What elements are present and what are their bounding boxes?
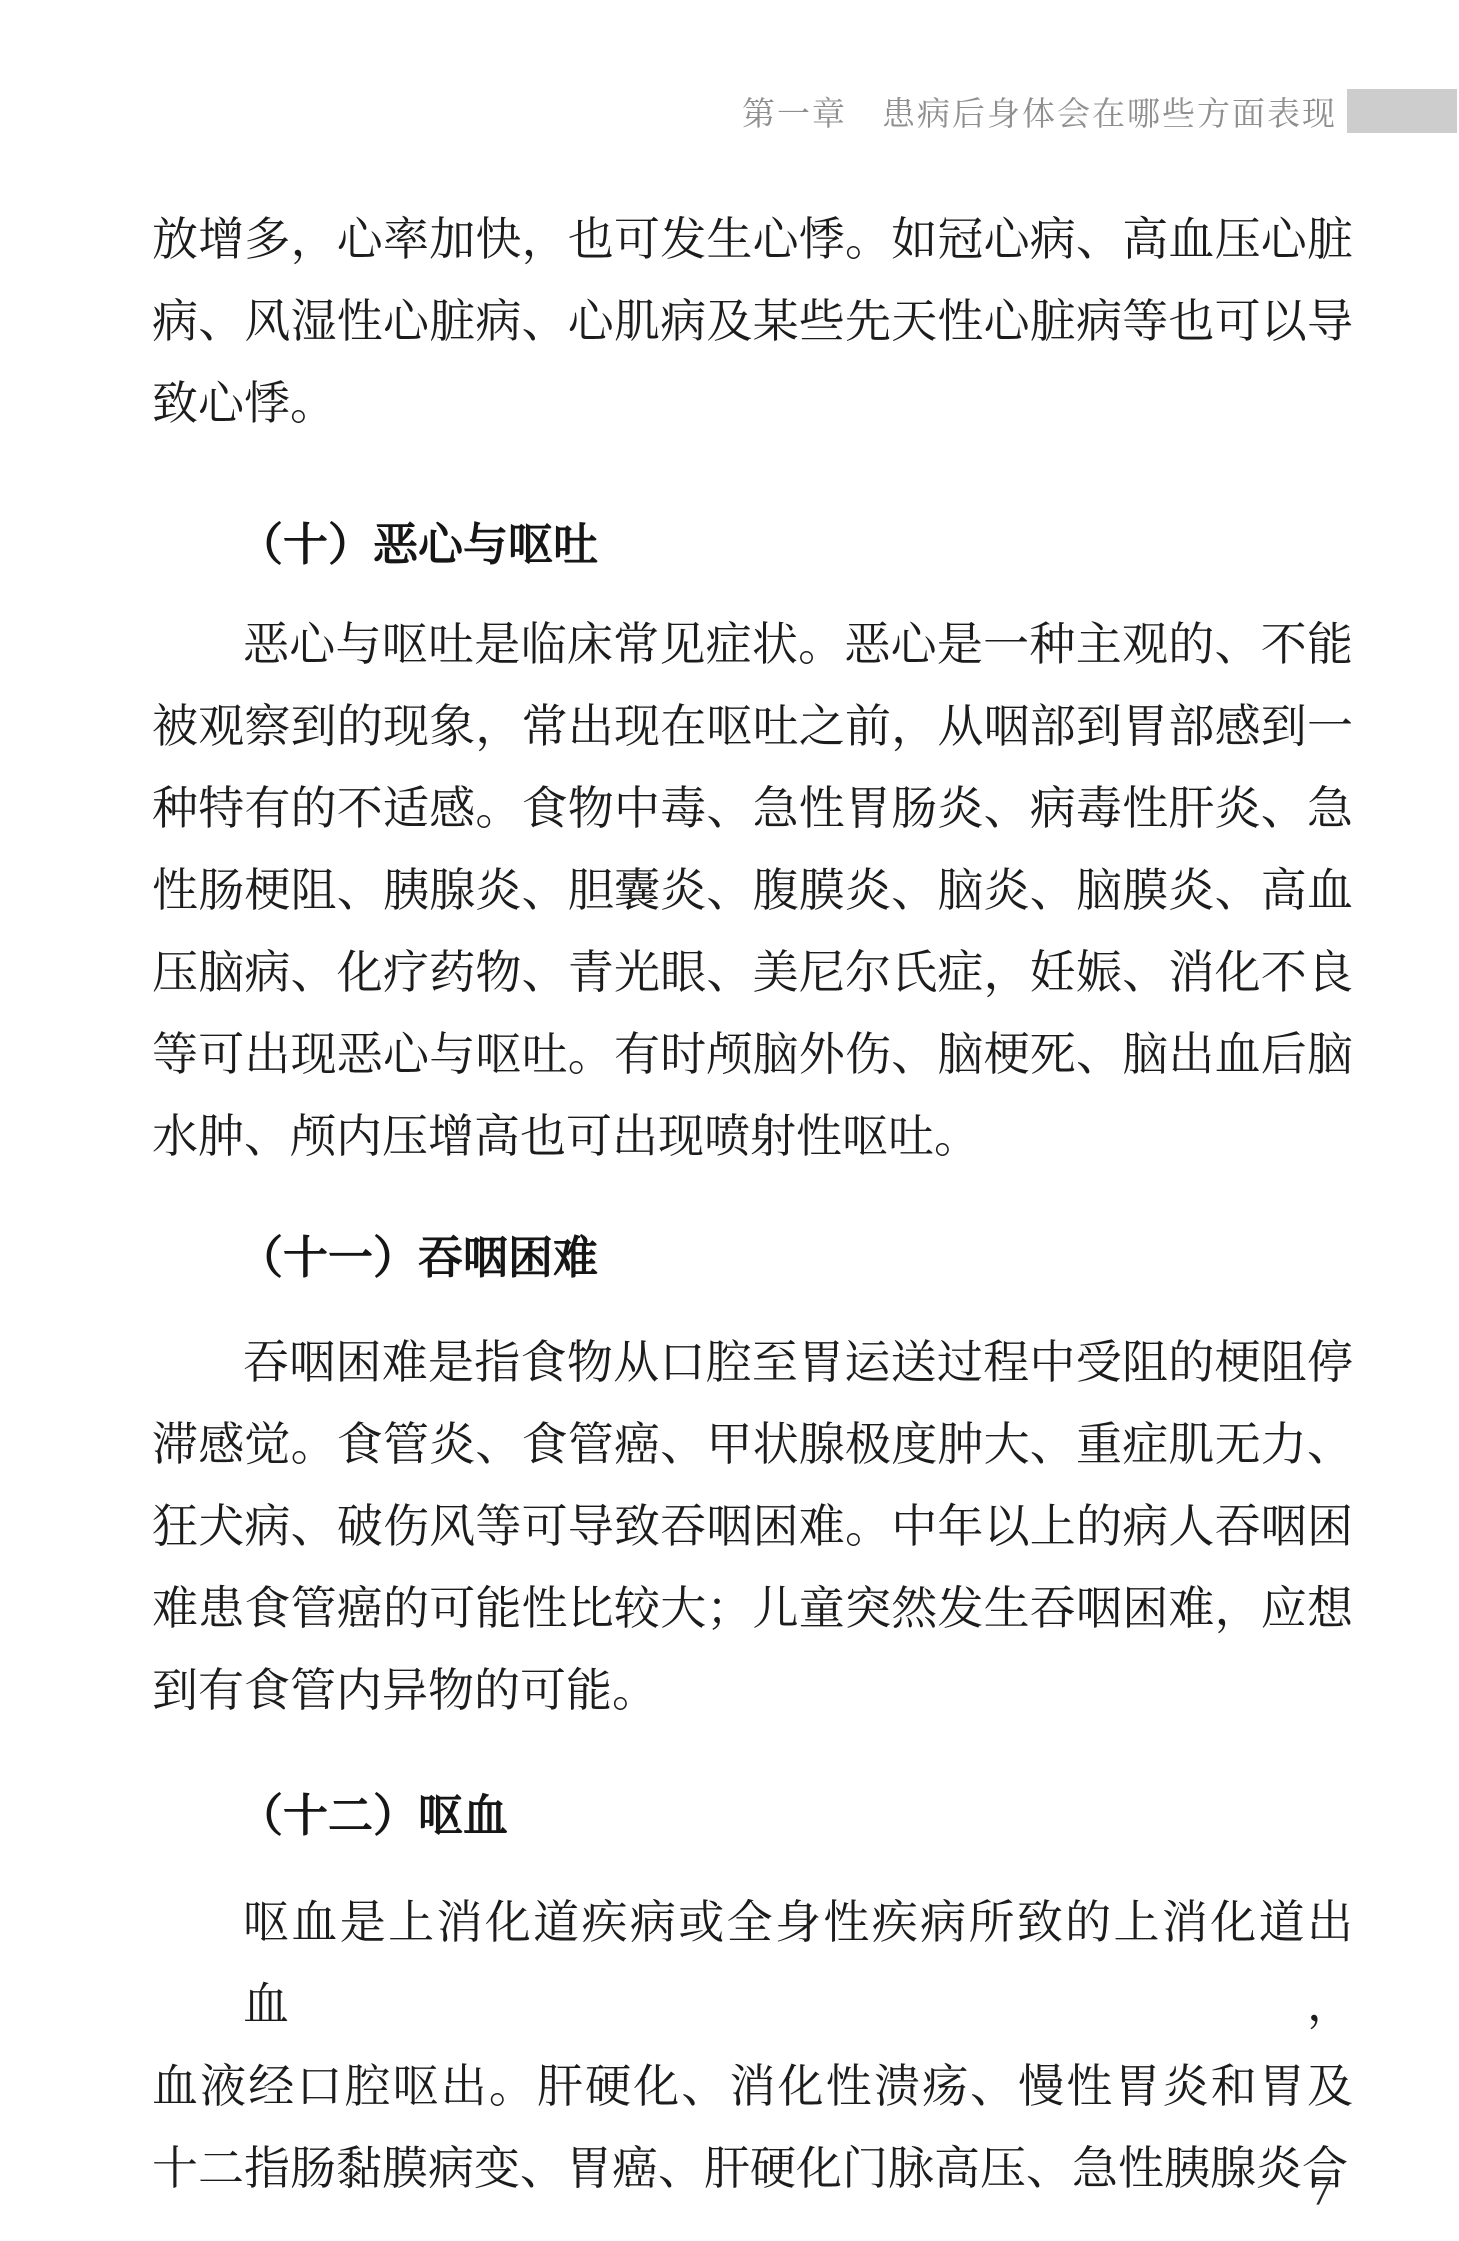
- section-heading-10: （十）恶心与呕吐: [152, 504, 1353, 586]
- text-line: 吞咽困难是指食物从口腔至胃运送过程中受阻的梗阻停: [152, 1322, 1353, 1404]
- text-line: 恶心与呕吐是临床常见症状。恶心是一种主观的、不能: [152, 604, 1353, 686]
- text-column: 放增多，心率加快，也可发生心悸。如冠心病、高血压心脏病、风湿性心脏病、心肌病及某…: [152, 0, 1353, 2210]
- header-accent-block: [1347, 89, 1457, 133]
- book-page: 第一章 患病后身体会在哪些方面表现 放增多，心率加快，也可发生心悸。如冠心病、高…: [0, 0, 1459, 2241]
- section-paragraph-11: 吞咽困难是指食物从口腔至胃运送过程中受阻的梗阻停滞感觉。食管炎、食管癌、甲状腺极…: [152, 1322, 1353, 1732]
- text-line: 呕血是上消化道疾病或全身性疾病所致的上消化道出血，: [152, 1882, 1353, 2046]
- text-line: 种特有的不适感。食物中毒、急性胃肠炎、病毒性肝炎、急: [152, 768, 1353, 850]
- section-heading-11: （十一）吞咽困难: [152, 1217, 1353, 1299]
- section-heading-12: （十二）呕血: [152, 1775, 1353, 1857]
- text-line: 十二指肠黏膜病变、胃癌、肝硬化门脉高压、急性胰腺炎合: [152, 2128, 1353, 2210]
- text-line: 难患食管癌的可能性比较大；儿童突然发生吞咽困难，应想: [152, 1568, 1353, 1650]
- text-line: 滞感觉。食管炎、食管癌、甲状腺极度肿大、重症肌无力、: [152, 1404, 1353, 1486]
- text-line: 水肿、颅内压增高也可出现喷射性呕吐。: [152, 1096, 1353, 1178]
- intro-paragraph: 放增多，心率加快，也可发生心悸。如冠心病、高血压心脏病、风湿性心脏病、心肌病及某…: [152, 199, 1353, 445]
- text-line: 病、风湿性心脏病、心肌病及某些先天性心脏病等也可以导: [152, 281, 1353, 363]
- text-line: 被观察到的现象，常出现在呕吐之前，从咽部到胃部感到一: [152, 686, 1353, 768]
- text-line: 压脑病、化疗药物、青光眼、美尼尔氏症，妊娠、消化不良: [152, 932, 1353, 1014]
- text-line: 血液经口腔呕出。肝硬化、消化性溃疡、慢性胃炎和胃及: [152, 2046, 1353, 2128]
- section-paragraph-12: 呕血是上消化道疾病或全身性疾病所致的上消化道出血，血液经口腔呕出。肝硬化、消化性…: [152, 1882, 1353, 2210]
- page-number: 7: [1298, 2168, 1346, 2216]
- text-line: 到有食管内异物的可能。: [152, 1650, 1353, 1732]
- section-paragraph-10: 恶心与呕吐是临床常见症状。恶心是一种主观的、不能被观察到的现象，常出现在呕吐之前…: [152, 604, 1353, 1178]
- text-line: 性肠梗阻、胰腺炎、胆囊炎、腹膜炎、脑炎、脑膜炎、高血: [152, 850, 1353, 932]
- text-line: 狂犬病、破伤风等可导致吞咽困难。中年以上的病人吞咽困: [152, 1486, 1353, 1568]
- text-line: 放增多，心率加快，也可发生心悸。如冠心病、高血压心脏: [152, 199, 1353, 281]
- text-line: 致心悸。: [152, 363, 1353, 445]
- text-line: 等可出现恶心与呕吐。有时颅脑外伤、脑梗死、脑出血后脑: [152, 1014, 1353, 1096]
